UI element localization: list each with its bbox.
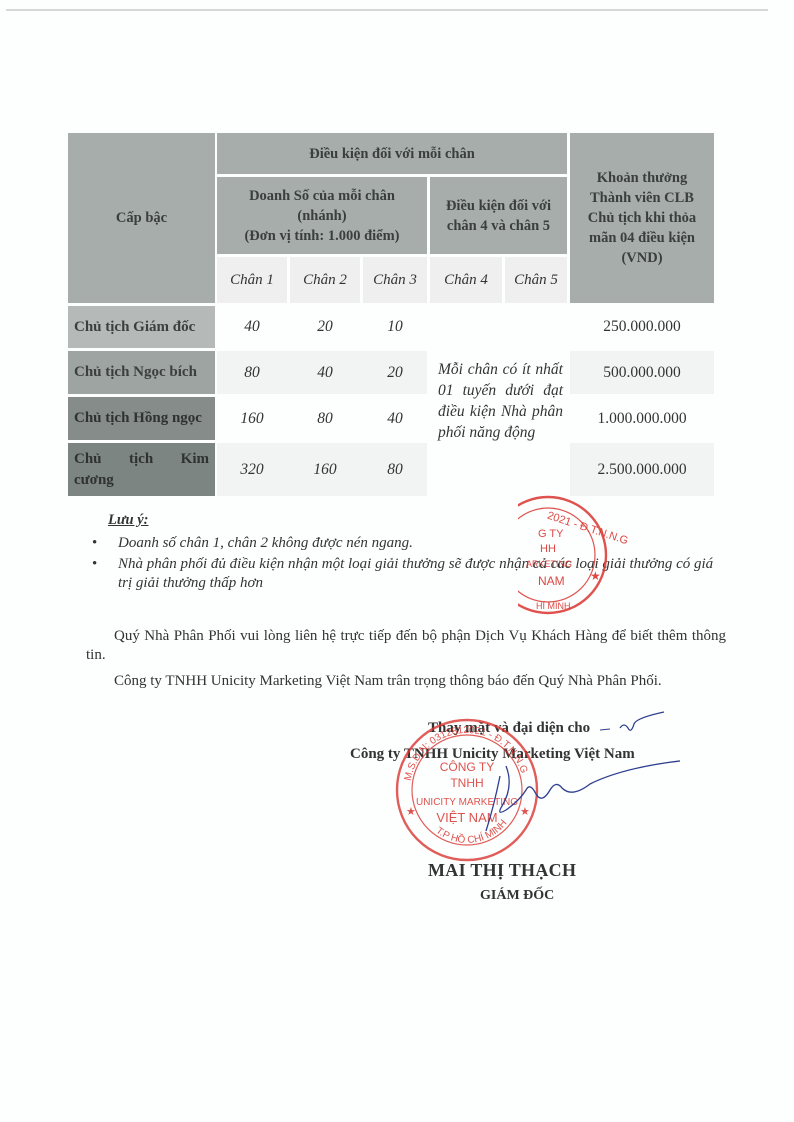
rank-text: Chủ tịch Hồng ngọc [74, 410, 202, 427]
note-text: Doanh số chân 1, chân 2 không được nén n… [118, 535, 413, 551]
header-leg45: Điều kiện đối với chân 4 và chân 5 [430, 177, 567, 254]
reward-value: 2.500.000.000 [570, 443, 714, 496]
header-leg-text: Chân 2 [303, 272, 347, 289]
notice-paragraph: Công ty TNHH Unicity Marketing Việt Nam … [114, 672, 734, 691]
value-text: 160 [240, 410, 263, 428]
svg-text:★: ★ [406, 806, 416, 818]
leg3-value: 10 [363, 306, 427, 348]
value-text: 2.500.000.000 [597, 461, 686, 479]
value-text: 250.000.000 [603, 318, 681, 336]
rank-cell: Chủ tịch Kim cương [68, 443, 215, 496]
value-text: 40 [387, 410, 403, 428]
note-text: Nhà phân phối đủ điều kiện nhận một loại… [118, 556, 713, 591]
header-sales-line: (nhánh) [297, 206, 346, 226]
header-sales: Doanh Số của mỗi chân (nhánh) (Đơn vị tí… [217, 177, 427, 254]
value-text: 40 [317, 364, 333, 382]
value-text: 20 [387, 364, 403, 382]
leg2-value: 20 [290, 306, 360, 348]
reward-value: 250.000.000 [570, 306, 714, 348]
notes-title: Lưu ý: [108, 512, 149, 529]
leg45-line: phối năng động [438, 422, 563, 443]
leg2-value: 80 [290, 397, 360, 440]
svg-text:VIỆT NAM: VIỆT NAM [436, 810, 497, 825]
header-sales-line: (Đơn vị tính: 1.000 điểm) [244, 226, 399, 246]
value-text: 20 [317, 318, 333, 336]
leg2-value: 160 [290, 443, 360, 496]
rank-word: Kim [181, 451, 209, 467]
signer-name: MAI THỊ THẠCH [428, 860, 576, 881]
header-leg-text: Chân 3 [373, 272, 417, 289]
leg1-value: 80 [217, 351, 287, 394]
reward-table: Cấp bậc Điều kiện đối với mỗi chân Doanh… [68, 133, 714, 497]
leg45-condition: Mỗi chân có ít nhất 01 tuyến dưới đạt đi… [430, 306, 567, 496]
rank-word: cương [74, 472, 114, 488]
value-text: 10 [387, 318, 403, 336]
header-leg-5: Chân 5 [505, 257, 567, 303]
value-text: 160 [313, 461, 336, 479]
company-stamp-icon: M.S.D.N: 0312812021 - Đ.T.N.N.G T.P HỒ C… [392, 715, 542, 865]
note-item: •Doanh số chân 1, chân 2 không được nén … [92, 534, 728, 553]
svg-text:★: ★ [520, 806, 530, 818]
header-leg-text: Chân 1 [230, 272, 274, 289]
header-leg-2: Chân 2 [290, 257, 360, 303]
rank-cell: Chủ tịch Hồng ngọc [68, 397, 215, 440]
header-reward-line: Thành viên CLB [590, 188, 694, 208]
rank-word: Chủ [74, 451, 102, 467]
value-text: 80 [244, 364, 260, 382]
rank-cell: Chủ tịch Giám đốc [68, 306, 215, 348]
rank-word: tịch [129, 451, 153, 467]
value-text: 500.000.000 [603, 364, 681, 382]
company-name: Công ty TNHH Unicity Marketing Việt Nam [350, 746, 635, 763]
notes-list: •Doanh số chân 1, chân 2 không được nén … [92, 534, 728, 595]
reward-value: 500.000.000 [570, 351, 714, 394]
rank-cell: Chủ tịch Ngọc bích [68, 351, 215, 394]
value-text: 80 [317, 410, 333, 428]
value-text: 320 [240, 461, 263, 479]
header-leg-text: Chân 4 [444, 272, 488, 289]
header-leg-3: Chân 3 [363, 257, 427, 303]
header-reward-line: mãn 04 điều kiện [589, 228, 695, 248]
svg-text:UNICITY MARKETING: UNICITY MARKETING [416, 797, 518, 808]
on-behalf-label: Thay mặt và đại diện cho [428, 720, 590, 737]
bullet-icon: • [92, 534, 97, 553]
header-rank: Cấp bậc [68, 133, 215, 303]
bullet-icon: • [92, 555, 97, 574]
svg-text:TNHH: TNHH [450, 776, 483, 790]
header-leg-4: Chân 4 [430, 257, 502, 303]
leg3-value: 40 [363, 397, 427, 440]
value-text: 40 [244, 318, 260, 336]
header-reward: Khoản thưởng Thành viên CLB Chủ tịch khi… [570, 133, 714, 303]
header-leg-text: Chân 5 [514, 272, 558, 289]
header-leg45-line: chân 4 và chân 5 [447, 216, 550, 236]
header-reward-line: Chủ tịch khi thỏa [588, 208, 696, 228]
header-conditions-text: Điều kiện đối với mỗi chân [309, 144, 475, 164]
header-reward-line: Khoản thưởng [597, 168, 687, 188]
page-top-edge [6, 9, 768, 11]
svg-text:HÍ MINH: HÍ MINH [536, 601, 571, 611]
signer-title: GIÁM ĐỐC [480, 888, 554, 904]
header-sales-line: Doanh Số của mỗi chân [249, 186, 395, 206]
header-leg-1: Chân 1 [217, 257, 287, 303]
leg1-value: 320 [217, 443, 287, 496]
rank-text: Chủ tịch Ngọc bích [74, 364, 197, 381]
header-leg45-line: Điều kiện đối với [446, 196, 551, 216]
leg45-line: 01 tuyến dưới đạt [438, 380, 563, 401]
value-text: 1.000.000.000 [597, 410, 686, 428]
leg1-value: 160 [217, 397, 287, 440]
rank-text: Chủ tịch Giám đốc [74, 319, 195, 336]
leg1-value: 40 [217, 306, 287, 348]
note-item: •Nhà phân phối đủ điều kiện nhận một loạ… [92, 555, 728, 593]
reward-value: 1.000.000.000 [570, 397, 714, 440]
leg2-value: 40 [290, 351, 360, 394]
leg3-value: 80 [363, 443, 427, 496]
leg3-value: 20 [363, 351, 427, 394]
leg45-line: Mỗi chân có ít nhất [438, 359, 563, 380]
contact-paragraph: Quý Nhà Phân Phối vui lòng liên hệ trực … [86, 627, 726, 665]
leg45-line: điều kiện Nhà phân [438, 401, 563, 422]
rank-text: Chủ tịch Kim [74, 449, 209, 470]
svg-text:T.P HỒ CHÍ MINH: T.P HỒ CHÍ MINH [434, 818, 510, 846]
header-reward-line: (VND) [621, 248, 662, 268]
header-conditions: Điều kiện đối với mỗi chân [217, 133, 567, 174]
header-rank-text: Cấp bậc [116, 208, 167, 228]
value-text: 80 [387, 461, 403, 479]
